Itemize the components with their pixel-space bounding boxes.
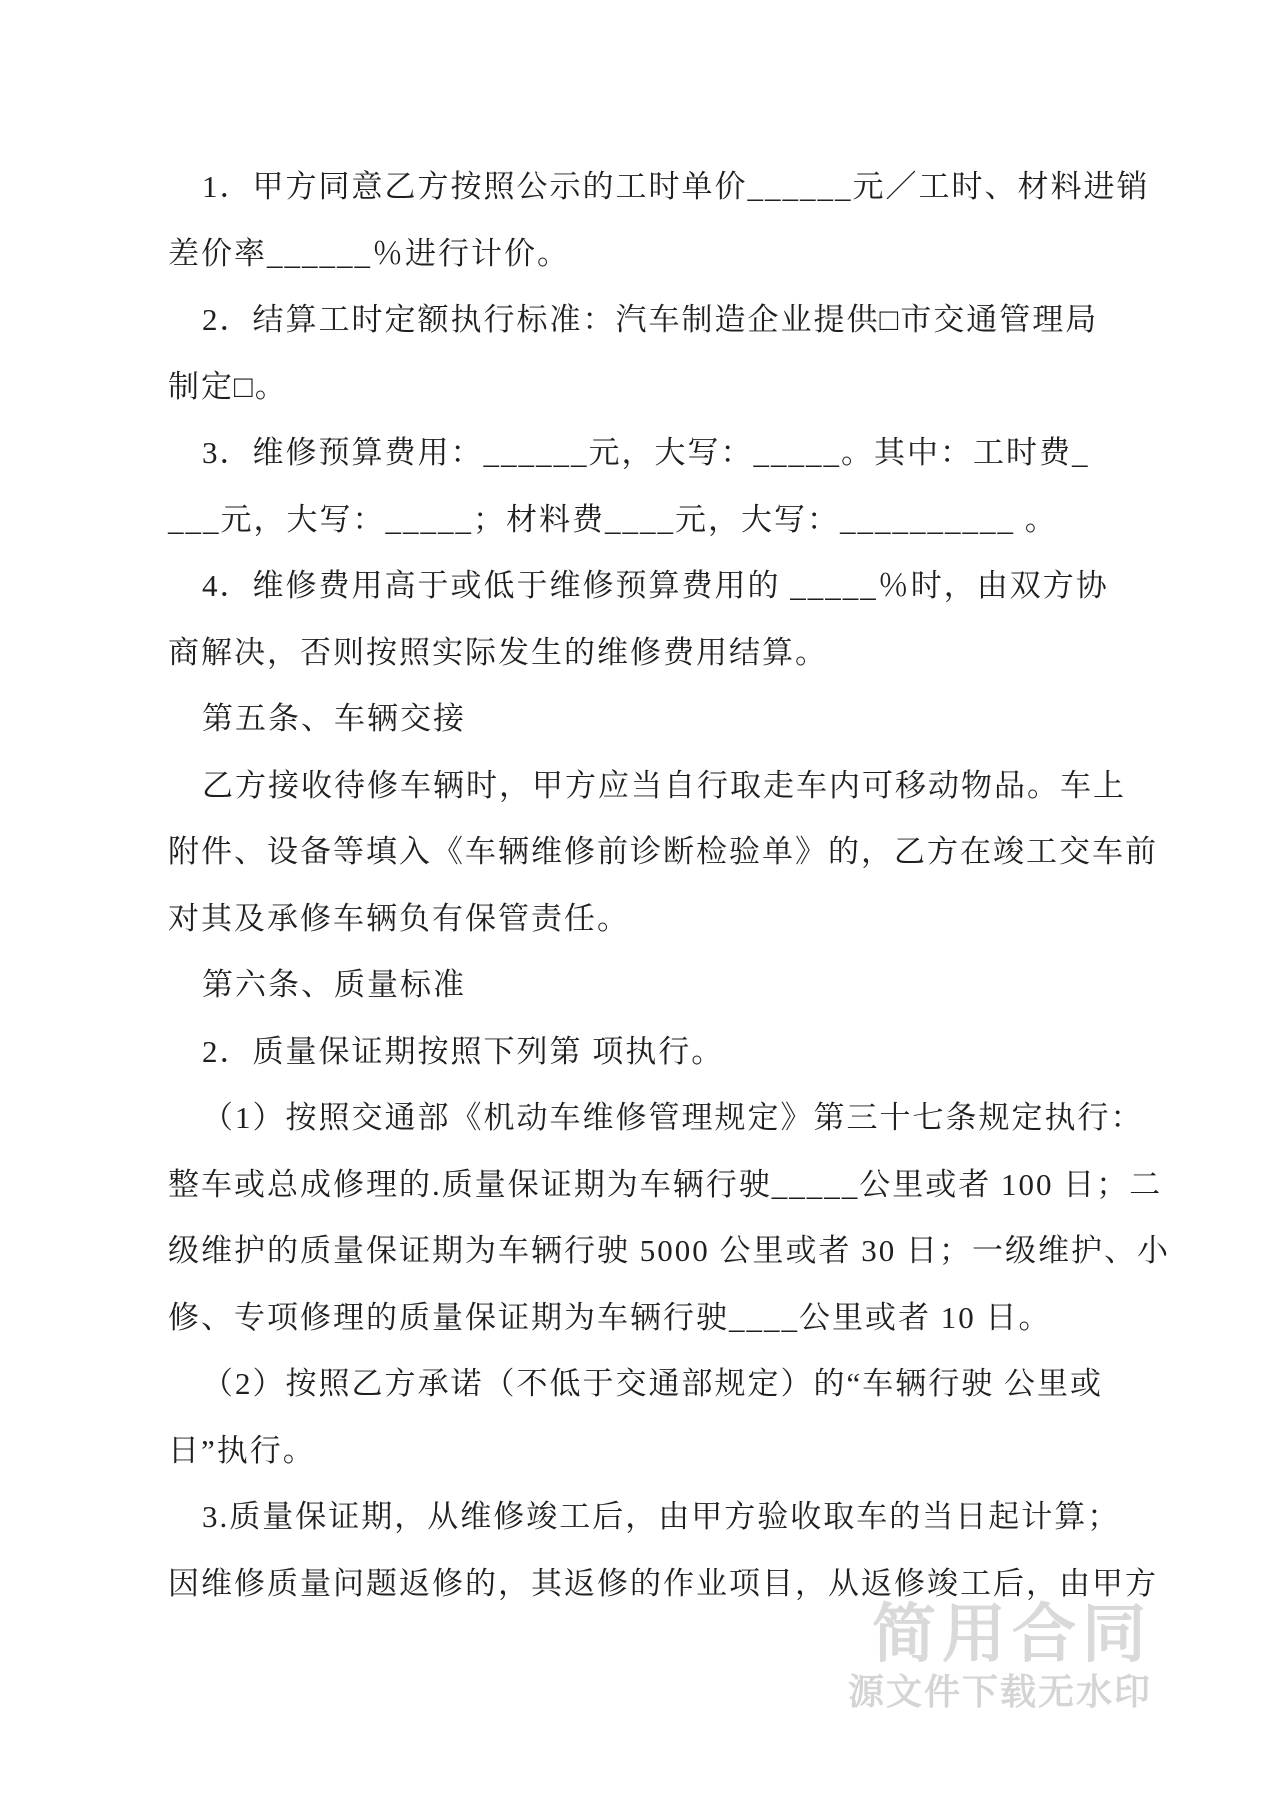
- text-line: 2．质量保证期按照下列第 项执行。: [168, 1019, 1118, 1086]
- document-body: 1．甲方同意乙方按照公示的工时单价______元／工时、材料进销 差价率____…: [168, 154, 1118, 1617]
- text-line: 修、专项修理的质量保证期为车辆行驶____公里或者 10 日。: [168, 1285, 1118, 1352]
- text-line: 日”执行。: [168, 1418, 1118, 1485]
- contract-document-page: 1．甲方同意乙方按照公示的工时单价______元／工时、材料进销 差价率____…: [0, 0, 1280, 1810]
- watermark-subtitle: 源文件下载无水印: [848, 1670, 1152, 1714]
- text-line: 3.质量保证期，从维修竣工后，由甲方验收取车的当日起计算；: [168, 1484, 1118, 1551]
- text-line: 4．维修费用高于或低于维修预算费用的 _____％时，由双方协: [168, 553, 1118, 620]
- text-line: 整车或总成修理的.质量保证期为车辆行驶_____公里或者 100 日；二: [168, 1152, 1118, 1219]
- text-line: 附件、设备等填入《车辆维修前诊断检验单》的，乙方在竣工交车前: [168, 819, 1118, 886]
- section-heading: 第六条、质量标准: [168, 952, 1118, 1019]
- section-heading: 第五条、车辆交接: [168, 686, 1118, 753]
- watermark: 简用合同 源文件下载无水印: [848, 1598, 1152, 1714]
- text-line: 3．维修预算费用：______元，大写：_____。其中：工时费_: [168, 420, 1118, 487]
- text-line: （2）按照乙方承诺（不低于交通部规定）的“车辆行驶 公里或: [168, 1351, 1118, 1418]
- text-line: 1．甲方同意乙方按照公示的工时单价______元／工时、材料进销: [168, 154, 1118, 221]
- text-line: ___元，大写：_____；材料费____元，大写：__________ 。: [168, 487, 1118, 554]
- text-line: （1）按照交通部《机动车维修管理规定》第三十七条规定执行：: [168, 1085, 1118, 1152]
- text-line: 乙方接收待修车辆时，甲方应当自行取走车内可移动物品。车上: [168, 753, 1118, 820]
- text-line: 对其及承修车辆负有保管责任。: [168, 886, 1118, 953]
- text-line: 级维护的质量保证期为车辆行驶 5000 公里或者 30 日；一级维护、小: [168, 1218, 1118, 1285]
- watermark-title: 简用合同: [848, 1598, 1152, 1670]
- text-line: 差价率______％进行计价。: [168, 221, 1118, 288]
- text-line: 商解决，否则按照实际发生的维修费用结算。: [168, 620, 1118, 687]
- text-line: 制定□。: [168, 354, 1118, 421]
- text-line: 2．结算工时定额执行标准：汽车制造企业提供□市交通管理局: [168, 287, 1118, 354]
